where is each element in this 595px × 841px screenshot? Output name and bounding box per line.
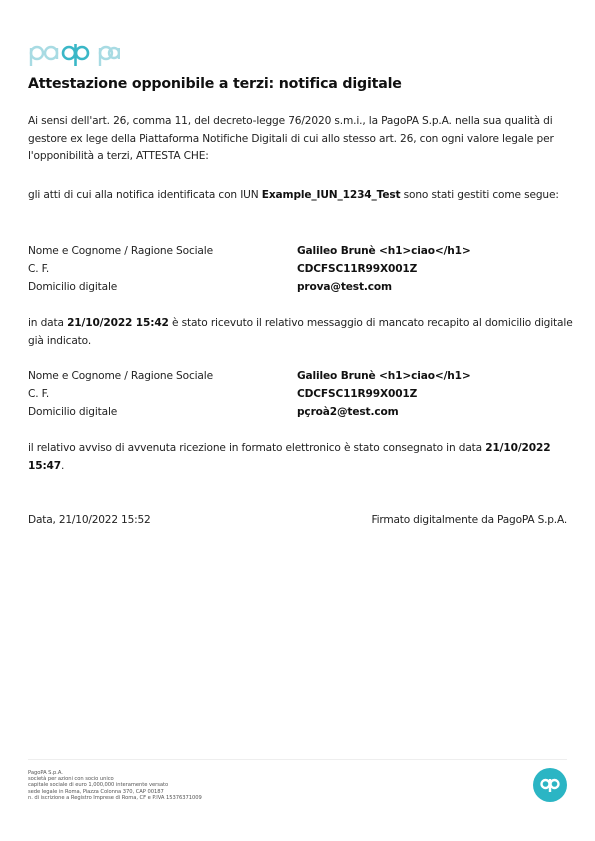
recipient-domicile-row: Domicilio digitale pçroà2@test.com xyxy=(28,403,573,421)
footer-line: n. di iscrizione a Registro Imprese di R… xyxy=(28,795,202,801)
recipient-block-2: Nome e Cognome / Ragione Sociale Galileo… xyxy=(28,367,573,421)
attestation-document: Attestazione opponibile a terzi: notific… xyxy=(0,0,595,841)
field-value: CDCFSC11R99X001Z xyxy=(297,260,417,278)
intro-paragraph: Ai sensi dell'art. 26, comma 11, del dec… xyxy=(28,113,573,166)
field-value: Galileo Brunè <h1>ciao</h1> xyxy=(297,367,471,385)
recipient-cf-row: C. F. CDCFSC11R99X001Z xyxy=(28,260,573,278)
field-value: pçroà2@test.com xyxy=(297,403,398,421)
field-label: Nome e Cognome / Ragione Sociale xyxy=(28,242,297,260)
iun-text-before: gli atti di cui alla notifica identifica… xyxy=(28,189,262,201)
iun-text-after: sono stati gestiti come segue: xyxy=(400,189,558,201)
pagopa-circle-logo-icon xyxy=(533,768,567,802)
pagopa-logo-icon xyxy=(28,40,120,68)
recipient-cf-row: C. F. CDCFSC11R99X001Z xyxy=(28,385,573,403)
footer-company-info: PagoPA S.p.A. società per azioni con soc… xyxy=(28,770,202,801)
iun-value: Example_IUN_1234_Test xyxy=(262,189,401,201)
delivery-text-before: il relativo avviso di avvenuta ricezione… xyxy=(28,442,485,454)
field-label: Domicilio digitale xyxy=(28,403,297,421)
recipient-domicile-row: Domicilio digitale prova@test.com xyxy=(28,278,573,296)
footer-divider xyxy=(28,759,567,760)
field-value: CDCFSC11R99X001Z xyxy=(297,385,417,403)
field-value: prova@test.com xyxy=(297,278,392,296)
signature-date: Data, 21/10/2022 15:52 xyxy=(28,514,151,526)
failure-paragraph: in data 21/10/2022 15:42 è stato ricevut… xyxy=(28,315,573,350)
field-label: Nome e Cognome / Ragione Sociale xyxy=(28,367,297,385)
iun-paragraph: gli atti di cui alla notifica identifica… xyxy=(28,187,573,205)
page-title: Attestazione opponibile a terzi: notific… xyxy=(28,76,402,92)
field-label: C. F. xyxy=(28,385,297,403)
delivery-paragraph: il relativo avviso di avvenuta ricezione… xyxy=(28,440,573,475)
recipient-block-1: Nome e Cognome / Ragione Sociale Galileo… xyxy=(28,242,573,296)
failure-text-before: in data xyxy=(28,317,67,329)
field-value: Galileo Brunè <h1>ciao</h1> xyxy=(297,242,471,260)
failure-date: 21/10/2022 15:42 xyxy=(67,317,169,329)
signed-by: Firmato digitalmente da PagoPA S.p.A. xyxy=(372,514,568,526)
field-label: Domicilio digitale xyxy=(28,278,297,296)
recipient-name-row: Nome e Cognome / Ragione Sociale Galileo… xyxy=(28,242,573,260)
recipient-name-row: Nome e Cognome / Ragione Sociale Galileo… xyxy=(28,367,573,385)
delivery-text-after: . xyxy=(61,460,64,472)
field-label: C. F. xyxy=(28,260,297,278)
